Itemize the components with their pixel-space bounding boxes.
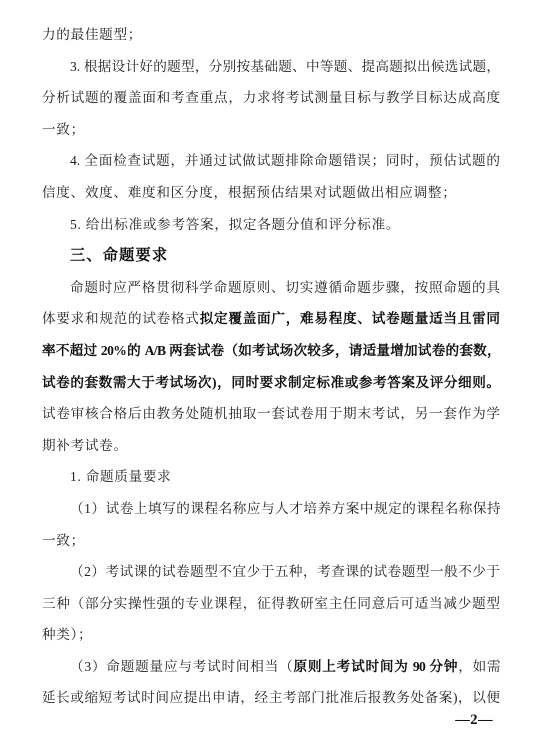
document-line: 期补考试卷。	[42, 430, 500, 462]
document-line: 延长或缩短考试时间应提出申请，经主考部门批准后报教务处备案)，以便	[42, 682, 500, 714]
document-line: （1）试卷上填写的课程名称应与人才培养方案中规定的课程名称保持	[42, 493, 500, 525]
text-segment: 力的最佳题型；	[42, 27, 142, 42]
text-segment: （3）命题题量应与考试时间相当（	[70, 659, 294, 674]
document-line: 分析试题的覆盖面和考查重点，力求将考试测量目标与教学目标达成高度	[42, 82, 500, 114]
text-segment: 种类）；	[42, 627, 92, 642]
text-segment: 体要求和规范的试卷格式	[42, 311, 200, 326]
document-line: 一致；	[42, 114, 500, 146]
page-number: —2—	[455, 710, 493, 730]
document-line: 率不超过 20%的 A/B 两套试卷（如考试场次较多，请适量增加试卷的套数，	[42, 335, 500, 367]
document-line: 试卷的套数需大于考试场次)，同时要求制定标准或参考答案及评分细则。	[42, 367, 500, 399]
document-line: 1. 命题质量要求	[42, 461, 500, 493]
text-segment-bold: 率不超过 20%的 A/B 两套试卷（如考试场次较多，请适量增加试卷的套数，	[42, 343, 500, 358]
text-segment: （2）考试课的试卷题型不宜少于五种，考查课的试卷题型一般不少于	[70, 564, 500, 579]
document-line: （3）命题题量应与考试时间相当（原则上考试时间为 90 分钟，如需	[42, 651, 500, 683]
text-segment: 分析试题的覆盖面和考查重点，力求将考试测量目标与教学目标达成高度	[42, 90, 500, 105]
text-segment-bold: 试卷的套数需大于考试场次)，同时要求制定标准或参考答案及评分细则。	[42, 375, 500, 390]
text-segment: 3. 根据设计好的题型，分别按基础题、中等题、提高题拟出候选试题，	[70, 59, 500, 74]
text-segment-bold: 原则上考试时间为 90 分钟	[294, 659, 459, 674]
text-segment: 期补考试卷。	[42, 438, 128, 453]
document-line: 命题时应严格贯彻科学命题原则、切实遵循命题步骤，按照命题的具	[42, 272, 500, 304]
document-line: 体要求和规范的试卷格式拟定覆盖面广，难易程度、试卷题量适当且雷同	[42, 303, 500, 335]
text-segment: （1）试卷上填写的课程名称应与人才培养方案中规定的课程名称保持	[70, 501, 500, 516]
document-body: 力的最佳题型；3. 根据设计好的题型，分别按基础题、中等题、提高题拟出候选试题，…	[42, 19, 500, 714]
document-line: （2）考试课的试卷题型不宜少于五种，考查课的试卷题型一般不少于	[42, 556, 500, 588]
text-segment: 延长或缩短考试时间应提出申请，经主考部门批准后报教务处备案)，以便	[42, 690, 500, 705]
section-heading: 三、命题要求	[42, 240, 500, 272]
text-segment-bold: 拟定覆盖面广，难易程度、试卷题量适当且雷同	[200, 311, 500, 326]
document-line: 4. 全面检查试题，并通过试做试题排除命题错误；同时，预估试题的	[42, 145, 500, 177]
document-line: 力的最佳题型；	[42, 19, 500, 51]
text-segment: 5. 给出标准或参考答案，拟定各题分值和评分标准。	[70, 217, 400, 232]
text-segment: 试卷审核合格后由教务处随机抽取一套试卷用于期末考试，另一套作为学	[42, 406, 500, 421]
text-segment: 三种（部分实操性强的专业课程，征得教研室主任同意后可适当减少题型	[42, 596, 500, 611]
document-page: 力的最佳题型；3. 根据设计好的题型，分别按基础题、中等题、提高题拟出候选试题，…	[0, 0, 536, 754]
document-line: 5. 给出标准或参考答案，拟定各题分值和评分标准。	[42, 209, 500, 241]
document-line: 试卷审核合格后由教务处随机抽取一套试卷用于期末考试，另一套作为学	[42, 398, 500, 430]
text-segment: 1. 命题质量要求	[70, 469, 171, 484]
text-segment: 信度、效度、难度和区分度，根据预估结果对试题做出相应调整；	[42, 185, 457, 200]
document-line: 三种（部分实操性强的专业课程，征得教研室主任同意后可适当减少题型	[42, 588, 500, 620]
text-segment: 命题时应严格贯彻科学命题原则、切实遵循命题步骤，按照命题的具	[70, 280, 500, 295]
text-segment: 一致；	[42, 533, 85, 548]
document-line: 种类）；	[42, 619, 500, 651]
text-segment-bold: 三、命题要求	[70, 247, 168, 264]
document-line: 3. 根据设计好的题型，分别按基础题、中等题、提高题拟出候选试题，	[42, 51, 500, 83]
text-segment: ，如需	[458, 659, 500, 674]
text-segment: 一致；	[42, 122, 85, 137]
document-line: 一致；	[42, 525, 500, 557]
text-segment: 4. 全面检查试题，并通过试做试题排除命题错误；同时，预估试题的	[70, 153, 500, 168]
document-line: 信度、效度、难度和区分度，根据预估结果对试题做出相应调整；	[42, 177, 500, 209]
